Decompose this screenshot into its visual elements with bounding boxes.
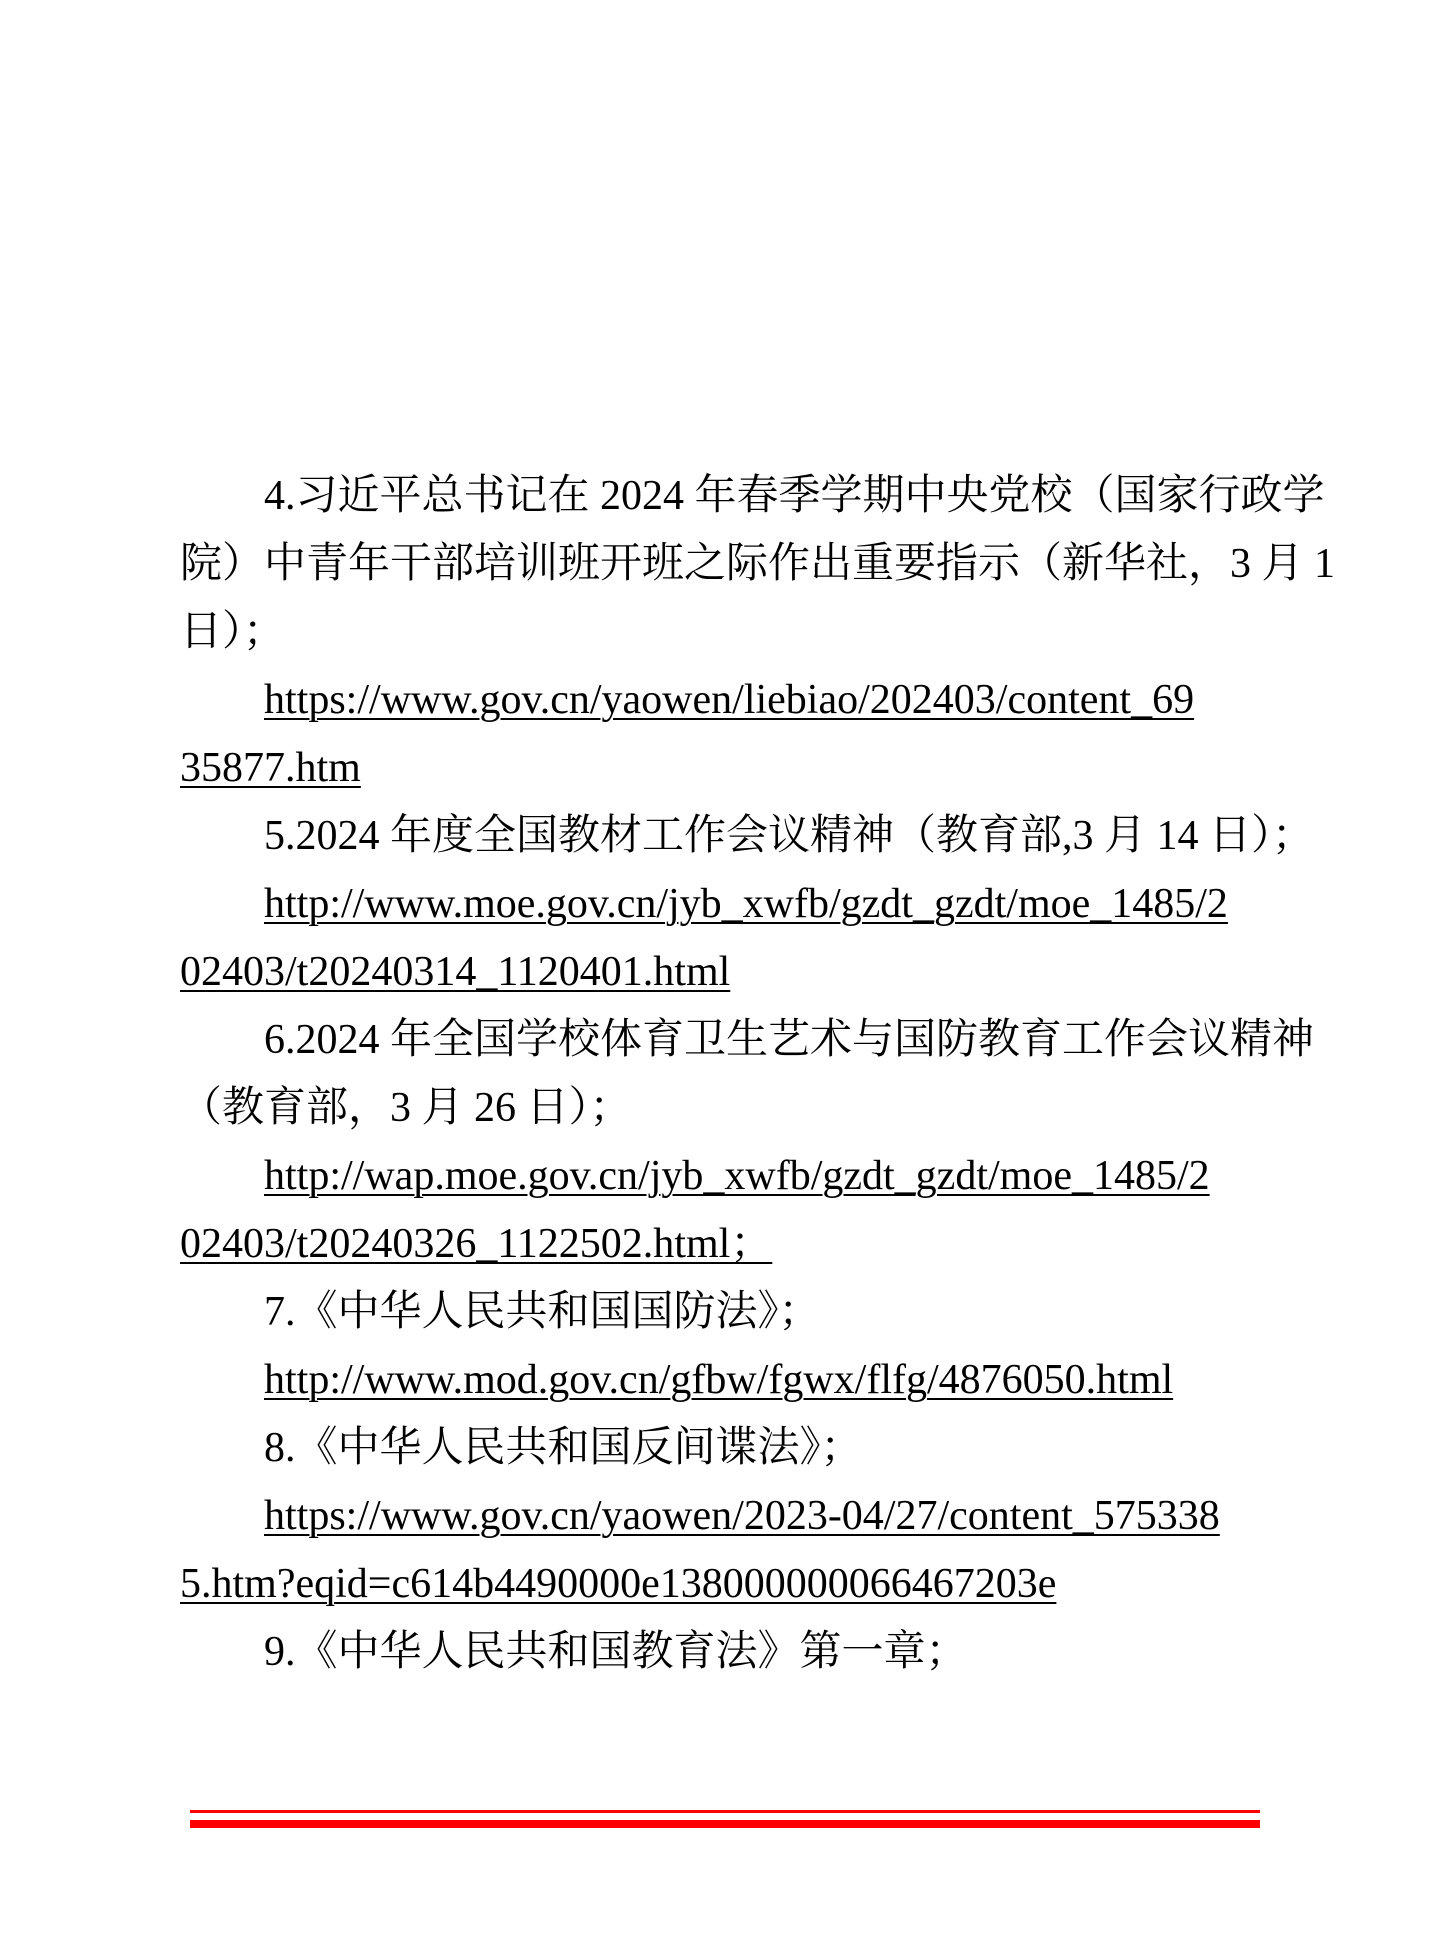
text-line: 6.2024 年全国学校体育卫生艺术与国防教育工作会议精神 <box>180 1006 1275 1074</box>
hyperlink-line: 02403/t20240326_1122502.html； <box>180 1210 1275 1278</box>
hyperlink-line: http://wap.moe.gov.cn/jyb_xwfb/gzdt_gzdt… <box>180 1142 1275 1210</box>
line-text: 日）； <box>180 609 285 655</box>
hyperlink-text[interactable]: https://www.gov.cn/yaowen/liebiao/202403… <box>264 677 1194 723</box>
hyperlink-text[interactable]: 02403/t20240314_1120401.html <box>180 949 730 995</box>
hyperlink-text[interactable]: http://www.moe.gov.cn/jyb_xwfb/gzdt_gzdt… <box>264 881 1228 927</box>
hyperlink-line: http://www.moe.gov.cn/jyb_xwfb/gzdt_gzdt… <box>180 870 1275 938</box>
line-text: 7.《中华人民共和国国防法》； <box>264 1289 821 1335</box>
text-line: 8.《中华人民共和国反间谍法》； <box>180 1414 1275 1482</box>
line-text: 4.习近平总书记在 2024 年春季学期中央党校（国家行政学 <box>264 473 1325 519</box>
hyperlink-line: 5.htm?eqid=c614b4490000e1380000000664672… <box>180 1550 1275 1618</box>
line-text: 5.2024 年度全国教材工作会议精神（教育部,3 月 14 日）； <box>264 813 1314 859</box>
line-text: （教育部，3 月 26 日）； <box>180 1085 632 1131</box>
hyperlink-text[interactable]: 02403/t20240326_1122502.html； <box>180 1221 772 1267</box>
hyperlink-line: https://www.gov.cn/yaowen/2023-04/27/con… <box>180 1482 1275 1550</box>
footer-divider-thick-line <box>190 1820 1260 1828</box>
hyperlink-text[interactable]: http://www.mod.gov.cn/gfbw/fgwx/flfg/487… <box>264 1357 1173 1403</box>
hyperlink-text[interactable]: http://wap.moe.gov.cn/jyb_xwfb/gzdt_gzdt… <box>264 1153 1210 1199</box>
text-line: 4.习近平总书记在 2024 年春季学期中央党校（国家行政学 <box>180 462 1275 530</box>
hyperlink-line: 35877.htm <box>180 734 1275 802</box>
line-text: 院）中青年干部培训班开班之际作出重要指示（新华社，3 月 1 <box>180 541 1335 587</box>
text-line: 日）； <box>180 598 1275 666</box>
text-line: 9.《中华人民共和国教育法》第一章； <box>180 1618 1275 1686</box>
line-text: 9.《中华人民共和国教育法》第一章； <box>264 1629 968 1675</box>
hyperlink-line: http://www.mod.gov.cn/gfbw/fgwx/flfg/487… <box>180 1346 1275 1414</box>
footer-divider-thin-line <box>190 1810 1260 1813</box>
hyperlink-text[interactable]: 35877.htm <box>180 745 361 791</box>
text-line: 7.《中华人民共和国国防法》； <box>180 1278 1275 1346</box>
text-line: 5.2024 年度全国教材工作会议精神（教育部,3 月 14 日）； <box>180 802 1275 870</box>
hyperlink-text[interactable]: https://www.gov.cn/yaowen/2023-04/27/con… <box>264 1493 1220 1539</box>
document-body: 4.习近平总书记在 2024 年春季学期中央党校（国家行政学院）中青年干部培训班… <box>180 462 1275 1686</box>
line-text: 6.2024 年全国学校体育卫生艺术与国防教育工作会议精神 <box>264 1017 1314 1063</box>
text-line: （教育部，3 月 26 日）； <box>180 1074 1275 1142</box>
hyperlink-line: https://www.gov.cn/yaowen/liebiao/202403… <box>180 666 1275 734</box>
document-page: 4.习近平总书记在 2024 年春季学期中央党校（国家行政学院）中青年干部培训班… <box>0 0 1433 1952</box>
hyperlink-line: 02403/t20240314_1120401.html <box>180 938 1275 1006</box>
hyperlink-text[interactable]: 5.htm?eqid=c614b4490000e1380000000664672… <box>180 1561 1056 1607</box>
text-line: 院）中青年干部培训班开班之际作出重要指示（新华社，3 月 1 <box>180 530 1275 598</box>
line-text: 8.《中华人民共和国反间谍法》； <box>264 1425 863 1471</box>
